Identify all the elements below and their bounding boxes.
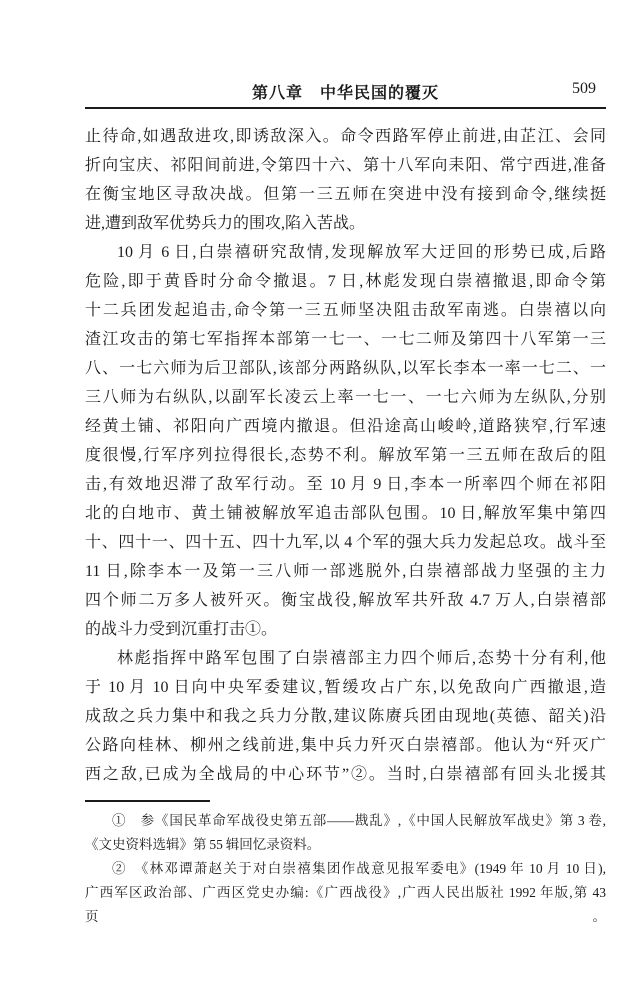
text-line: 折向宝庆、祁阳间前进,令第四十六、第十八军向耒阳、常宁西进,准备 <box>85 151 606 180</box>
text-line: 10 月 6 日,白崇禧研究敌情,发现解放军大迂回的形势已成,后路 <box>85 238 606 267</box>
header-rule <box>85 107 606 109</box>
paragraph: 林彪指挥中路军包围了白崇禧部主力四个师后,态势十分有利,他于 10 月 10 日… <box>85 644 606 789</box>
text-line: 11 日,除李本一及第一三八师一部逃脱外,白崇禧部战力坚强的主力 <box>85 557 606 586</box>
chapter-title: 第八章 中华民国的覆灭 <box>85 80 606 103</box>
text-line: 公路向桂林、柳州之线前进,集中兵力歼灭白崇禧部。他认为“歼灭广 <box>85 731 606 760</box>
text-line: 击,有效地迟滞了敌军行动。至 10 月 9 日,李本一所率四个师在祁阳 <box>85 470 606 499</box>
text-line: 西之敌,已成为全战局的中心环节”②。当时,白崇禧部有回头北援其 <box>85 760 606 789</box>
footnote-line: ② 《林邓谭萧赵关于对白崇禧集团作战意见报军委电》(1949 年 10 月 10… <box>85 857 606 881</box>
footnote-line: 广西军区政治部、广西区党史办编:《广西战役》,广西人民出版社 1992 年版,第… <box>85 881 606 905</box>
text-line: 进,遭到敌军优势兵力的围攻,陷入苦战。 <box>85 209 606 238</box>
text-line: 三八师为右纵队,以副军长凌云上率一七一、一七六师为左纵队,分别 <box>85 383 606 412</box>
running-head: 第八章 中华民国的覆灭 509 <box>85 0 606 102</box>
text-line: 在衡宝地区寻敌决战。但第一三五师在突进中没有接到命令,继续挺 <box>85 180 606 209</box>
footnote-separator <box>85 800 210 802</box>
text-line: 的战斗力受到沉重打击①。 <box>85 615 606 644</box>
text-line: 渣江攻击的第七军指挥本部第一七一、一七二师及第四十八军第一三 <box>85 325 606 354</box>
page-number: 509 <box>572 80 596 98</box>
text-line: 经黄土铺、祁阳向广西境内撤退。但沿途高山峻岭,道路狭窄,行军速 <box>85 412 606 441</box>
text-line: 度很慢,行军序列拉得很长,态势不利。解放军第一三五师在敌后的阻 <box>85 441 606 470</box>
footnote: ① 参《国民革命军战役史第五部——戡乱》,《中国人民解放军战史》第 3 卷,《文… <box>85 809 606 857</box>
text-line: 北的白地市、黄土铺被解放军追击部队包围。10 日,解放军集中第四 <box>85 499 606 528</box>
footnotes: ① 参《国民革命军战役史第五部——戡乱》,《中国人民解放军战史》第 3 卷,《文… <box>85 809 606 929</box>
text-line: 八、一七六师为后卫部队,该部分两路纵队,以军长李本一率一七二、一 <box>85 354 606 383</box>
text-line: 于 10 月 10 日向中央军委建议,暂缓攻占广东,以免敌向广西撤退,造 <box>85 673 606 702</box>
paragraph: 止待命,如遇敌进攻,即诱敌深入。命令西路军停止前进,由芷江、会同折向宝庆、祁阳间… <box>85 122 606 238</box>
footnote-line: 页。 <box>85 905 606 929</box>
footnote-line: 《文史资料选辑》第 55 辑回忆录资料。 <box>85 833 606 857</box>
paragraph: 10 月 6 日,白崇禧研究敌情,发现解放军大迂回的形势已成,后路危险,即于黄昏… <box>85 238 606 644</box>
text-line: 四个师二万多人被歼灭。衡宝战役,解放军共歼敌 4.7 万人,白崇禧部 <box>85 586 606 615</box>
book-page: 第八章 中华民国的覆灭 509 止待命,如遇敌进攻,即诱敌深入。命令西路军停止前… <box>0 0 644 1000</box>
text-line: 危险,即于黄昏时分命令撤退。7 日,林彪发现白崇禧撤退,即命令第 <box>85 267 606 296</box>
footnote: ② 《林邓谭萧赵关于对白崇禧集团作战意见报军委电》(1949 年 10 月 10… <box>85 857 606 929</box>
body-text: 止待命,如遇敌进攻,即诱敌深入。命令西路军停止前进,由芷江、会同折向宝庆、祁阳间… <box>85 122 606 789</box>
footnote-line: ① 参《国民革命军战役史第五部——戡乱》,《中国人民解放军战史》第 3 卷, <box>85 809 606 833</box>
text-line: 十、四十一、四十五、四十九军,以 4 个军的强大兵力发起总攻。战斗至 <box>85 528 606 557</box>
text-line: 林彪指挥中路军包围了白崇禧部主力四个师后,态势十分有利,他 <box>85 644 606 673</box>
text-line: 十二兵团发起追击,命令第一三五师坚决阻击敌军南逃。白崇禧以向 <box>85 296 606 325</box>
text-line: 止待命,如遇敌进攻,即诱敌深入。命令西路军停止前进,由芷江、会同 <box>85 122 606 151</box>
text-line: 成敌之兵力集中和我之兵力分散,建议陈赓兵团由现地(英德、韶关)沿 <box>85 702 606 731</box>
